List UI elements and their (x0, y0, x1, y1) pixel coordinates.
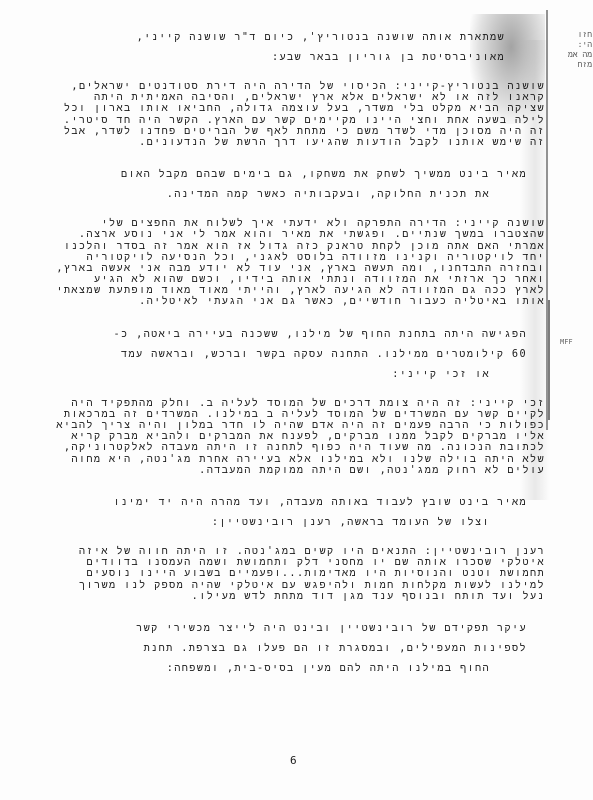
text-line: הפגישה היתה בתחנת החוף של מילנו, ששכנה ב… (40, 325, 545, 345)
text-line: למילנו לעשות מקלחות חמות ולהיפגש עם איטל… (40, 580, 545, 591)
text-line: זכי קייני: זה היה צומת דרכים של המוסד לע… (40, 398, 545, 409)
text-line: החוף במילנו היתה להם מעין בסיס-בית, ומשפ… (40, 659, 545, 679)
margin-note: הי: (562, 40, 592, 50)
page-number: 6 (290, 754, 297, 767)
text-line: יחד לויקטוריה וקנינו מזוודה בלוסט לאגני,… (40, 252, 545, 263)
margin-notes: חזו הי: מה אמ מזח (562, 30, 592, 70)
text-line: שלא היתה בוילה שלנו ולא במילנו אלא בעייר… (40, 454, 545, 465)
text-line: שציקה הביא מקלט בלי משדר, בעל עוצמה גדול… (40, 103, 545, 114)
text-line: ואחר כך ארזתי את המזוודה ונתתי אותה בידי… (40, 274, 545, 285)
text-line: עולים לא רחוק ממג'נטה, ושם היתה ממוקמת ה… (40, 465, 545, 476)
margin-note: מזח (562, 60, 592, 70)
text-line: לקיים קשר עם המשרדים של המוסד לעליה ב במ… (40, 409, 545, 420)
transcript-body: שמתארת אותה שושנה בנטוריץ', כיום ד"ר שוש… (40, 28, 545, 679)
margin-note: מה אמ (562, 50, 592, 60)
text-line: את תכנית החלוקה, ובעקבותיה כאשר קמה המדי… (40, 185, 545, 205)
paragraph-gap (40, 476, 545, 493)
text-line: קראנו לזה או לא ישראלים אלא ארץ ישראלים,… (40, 92, 545, 103)
text-line: זה היה מסוכן מדי לשדר משם כי מתחת לאף של… (40, 126, 545, 137)
text-line: שמתארת אותה שושנה בנטוריץ', כיום ד"ר שוש… (40, 28, 545, 48)
text-line: שהצטברו במשך שנתיים. ופגשתי את מאיר והוא… (40, 229, 545, 240)
text-line: לילה בשעה אחת וחצי היינו מקיימים קשר עם … (40, 115, 545, 126)
text-line: או זכי קייני: (40, 365, 545, 385)
paragraph-gap (40, 533, 545, 546)
text-line: אליו מברקים לקבל ממנו מברקים, לפענח את ה… (40, 431, 545, 442)
paragraph-gap (40, 68, 545, 81)
text-line: רענן רובינשטיין: התנאים היו קשים במג'נטה… (40, 546, 545, 557)
text-line: זה שימש אותנו לקבל הודעות שהגיעו דרך הרש… (40, 137, 545, 148)
text-line: לארץ ככה גם המזוודה לא הגיעה לארץ, והיית… (40, 285, 545, 296)
text-line: שושנה קייני: הדירה התפרקה ולא ידעתי איך … (40, 218, 545, 229)
text-line: עיקר תפקידם של רובינשטיין ובינט היה לייצ… (40, 619, 545, 639)
paragraph-gap (40, 205, 545, 218)
paragraph-gap (40, 308, 545, 325)
margin-note-lower: MFF (560, 338, 573, 346)
document-page: חזו הי: מה אמ מזח MFF שמתארת אותה שושנה … (0, 0, 593, 800)
text-line: לספינות המעפילים, ובמסגרת זו הם פעלו גם … (40, 639, 545, 659)
paragraph-gap (40, 602, 545, 619)
text-line: כפולות כי הרבה פעמים זה היה אדם שהיה לו … (40, 420, 545, 431)
paragraph-gap (40, 385, 545, 398)
text-line: ובחזרה התבדחנו, ומה תעשה בארץ, אני עוד ל… (40, 263, 545, 274)
text-line: וצלו של העומד בראשה, רענן רובינשטיין: (40, 513, 545, 533)
text-line: מאוניברסיטת בן גוריון בבאר שבע: (40, 48, 545, 68)
text-line: לכתובת הנכונה. מה שעוד היה כפוף לתחנה זו… (40, 442, 545, 453)
text-line: שושנה בנטוריץ-קייני: הכיסוי של הדירה היה… (40, 81, 545, 92)
text-line: 60 קילומטרים ממילנו. התחנה עסקה בקשר ובר… (40, 345, 545, 365)
text-line: מאיר בינט ממשיך לשחק את משחקו, גם בימים … (40, 165, 545, 185)
page-edge-line (548, 300, 550, 420)
text-line: אמרתי האם אתה מוכן לקחת טראנק כזה גדול א… (40, 241, 545, 252)
text-line: תחמושת וטנט והנוסיות היו מאדימות...ופעמי… (40, 568, 545, 579)
text-line: איטלקי שסכרו אותה שם יו מחסני דלק ותחמוש… (40, 557, 545, 568)
text-line: מאיר בינט שובץ לעבוד באותה מעבדה, ועד מה… (40, 493, 545, 513)
text-line: אותו באיטליה כעבור חודשיים, כאשר גם אני … (40, 296, 545, 307)
paragraph-gap (40, 148, 545, 165)
text-line: נעל ועד תותח ובנוסף ענד מגן דוד מתחת לדש… (40, 591, 545, 602)
margin-note: חזו (562, 30, 592, 40)
